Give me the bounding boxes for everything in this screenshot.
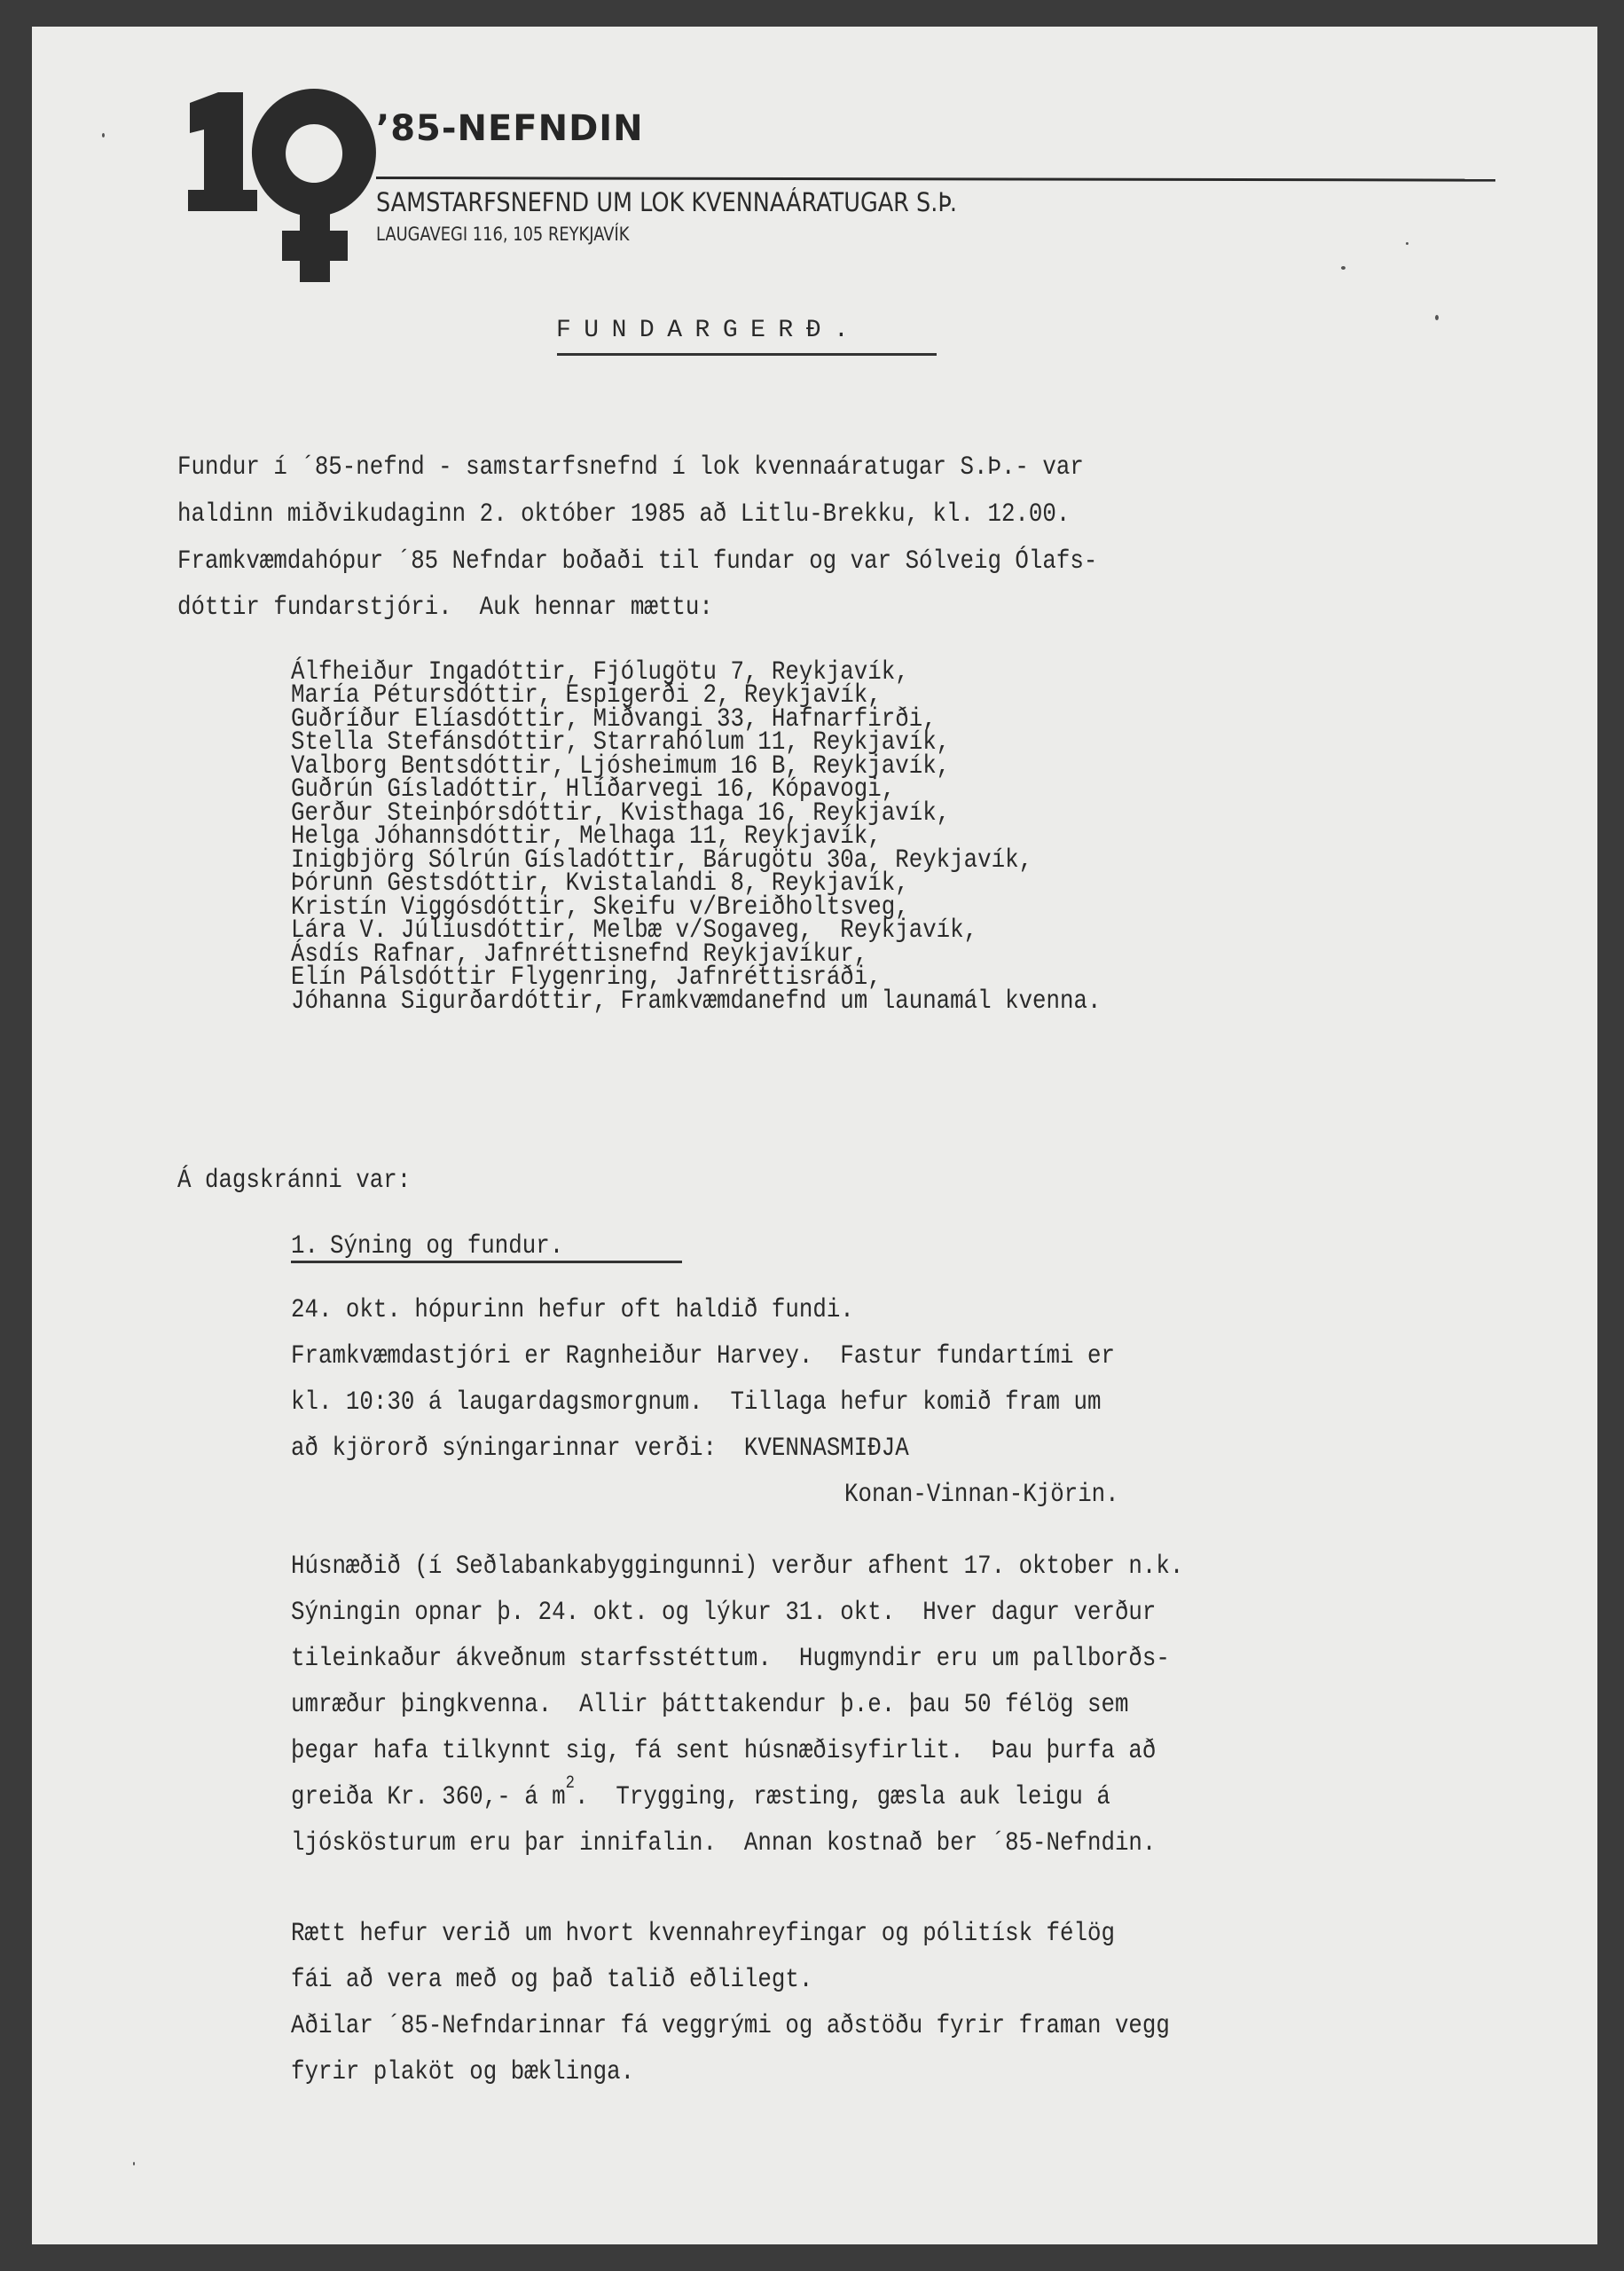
agenda-text-line: greiða Kr. 360,- á m2. Trygging, ræsting… xyxy=(291,1784,1110,1813)
title-underline xyxy=(557,353,937,356)
agenda-label: Á dagskránni var: xyxy=(177,1167,411,1194)
female-symbol-icon xyxy=(181,78,385,282)
superscript-2: 2 xyxy=(566,1773,575,1794)
agenda-text-line: að kjörorð sýningarinnar verði: KVENNASM… xyxy=(291,1435,909,1462)
intro-line: dóttir fundarstjóri. Auk hennar mættu: xyxy=(177,594,713,621)
agenda-text-line: 24. okt. hópurinn hefur oft haldið fundi… xyxy=(291,1297,854,1324)
agenda-heading-underline xyxy=(291,1261,682,1263)
paper-speck xyxy=(1341,266,1345,270)
intro-line: haldinn miðvikudaginn 2. október 1985 að… xyxy=(177,501,1070,528)
paper-speck xyxy=(1406,242,1408,245)
agenda-text-line: kl. 10:30 á laugardagsmorgnum. Tillaga h… xyxy=(291,1389,1101,1416)
agenda-text-line: Aðilar ´85-Nefndarinnar fá veggrými og a… xyxy=(291,2013,1170,2039)
document-page xyxy=(32,27,1597,2244)
intro-line: Fundur í ´85-nefnd - samstarfsnefnd í lo… xyxy=(177,454,1084,481)
organization-subtitle: SAMSTARFSNEFND UM LOK KVENNAÁRATUGAR S.Þ… xyxy=(376,187,957,217)
price-text: greiða Kr. 360,- á m xyxy=(291,1782,566,1812)
agenda-text-line: umræður þingkvenna. Allir þátttakendur þ… xyxy=(291,1692,1128,1718)
agenda-text-line: Sýningin opnar þ. 24. okt. og lýkur 31. … xyxy=(291,1599,1156,1626)
document-title: FUNDARGERÐ. xyxy=(556,317,861,344)
agenda-text-line: fái að vera með og það talið eðlilegt. xyxy=(291,1967,812,1993)
intro-line: Framkvæmdahópur ´85 Nefndar boðaði til f… xyxy=(177,548,1097,575)
paper-speck xyxy=(102,133,105,138)
attendee-item: Jóhanna Sigurðardóttir, Framkvæmdanefnd … xyxy=(291,990,1101,1013)
agenda-text-line: þegar hafa tilkynnt sig, fá sent húsnæði… xyxy=(291,1738,1156,1764)
agenda-text-line: ljóskösturum eru þar innifalin. Annan ko… xyxy=(291,1830,1156,1857)
slogan-line: Konan-Vinnan-Kjörin. xyxy=(844,1481,1119,1508)
paper-speck xyxy=(1435,315,1439,320)
agenda-text-line: Framkvæmdastjóri er Ragnheiður Harvey. F… xyxy=(291,1343,1115,1370)
agenda-item-heading: Sýning og fundur. xyxy=(330,1233,563,1260)
organization-address: LAUGAVEGI 116, 105 REYKJAVÍK xyxy=(376,224,629,245)
agenda-text-line: Húsnæðið (í Seðlabankabyggingunni) verðu… xyxy=(291,1553,1183,1580)
organization-name: ’85-NEFNDIN xyxy=(376,108,644,149)
agenda-item-number: 1. xyxy=(291,1233,318,1260)
agenda-text-line: Rætt hefur verið um hvort kvennahreyfing… xyxy=(291,1921,1115,1947)
agenda-text-line: tileinkaður ákveðnum starfsstéttum. Hugm… xyxy=(291,1646,1170,1672)
agenda-text-line: fyrir plaköt og bæklinga. xyxy=(291,2059,634,2086)
paper-speck xyxy=(133,2162,135,2165)
price-text-suffix: . Trygging, ræsting, gæsla auk leigu á xyxy=(575,1782,1110,1812)
